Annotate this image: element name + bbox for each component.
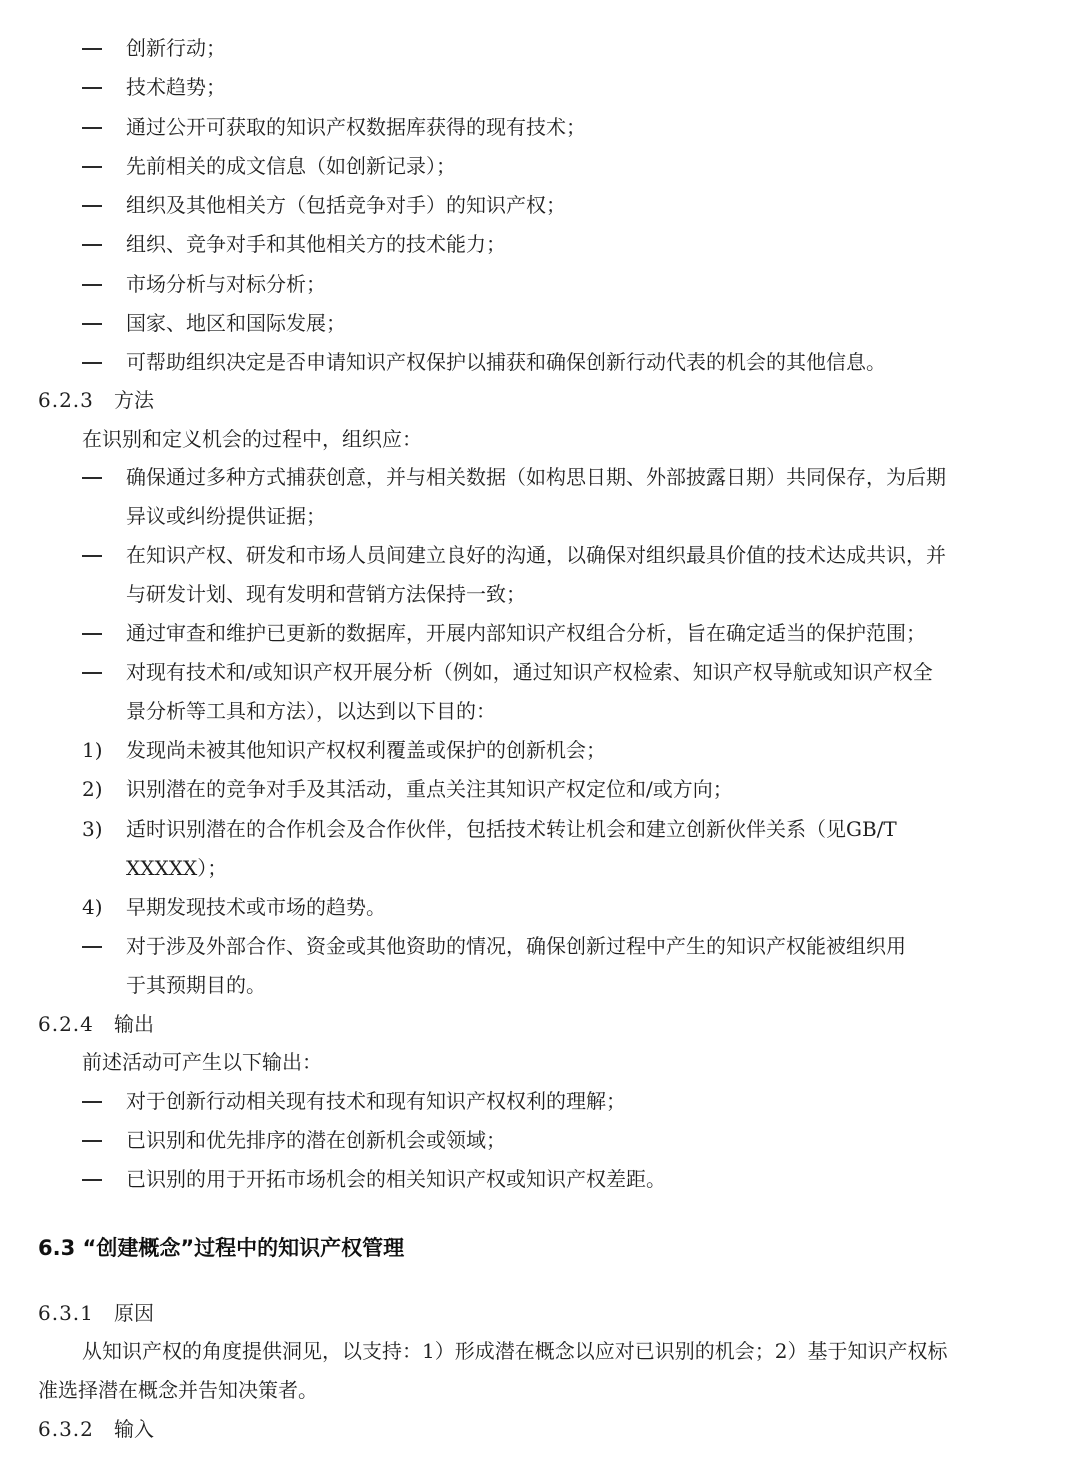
section-heading-6-2-4: 6.2.4输出 — [38, 1010, 154, 1038]
section-heading-6-3-1: 6.3.1原因 — [38, 1299, 154, 1327]
section-intro: 在识别和定义机会的过程中，组织应： — [82, 425, 422, 453]
paragraph-line: 准选择潜在概念并告知决策者。 — [38, 1376, 318, 1404]
section-heading-6-3: 6.3 “创建概念”过程中的知识产权管理 — [38, 1234, 404, 1262]
paragraph-line: 从知识产权的角度提供洞见，以支持：1）形成潜在概念以应对已识别的机会；2）基于知… — [82, 1337, 947, 1365]
section-intro: 前述活动可产生以下输出： — [82, 1048, 322, 1076]
section-heading-6-3-2: 6.3.2输入 — [38, 1415, 154, 1443]
section-heading-6-2-3: 6.2.3方法 — [38, 386, 154, 414]
